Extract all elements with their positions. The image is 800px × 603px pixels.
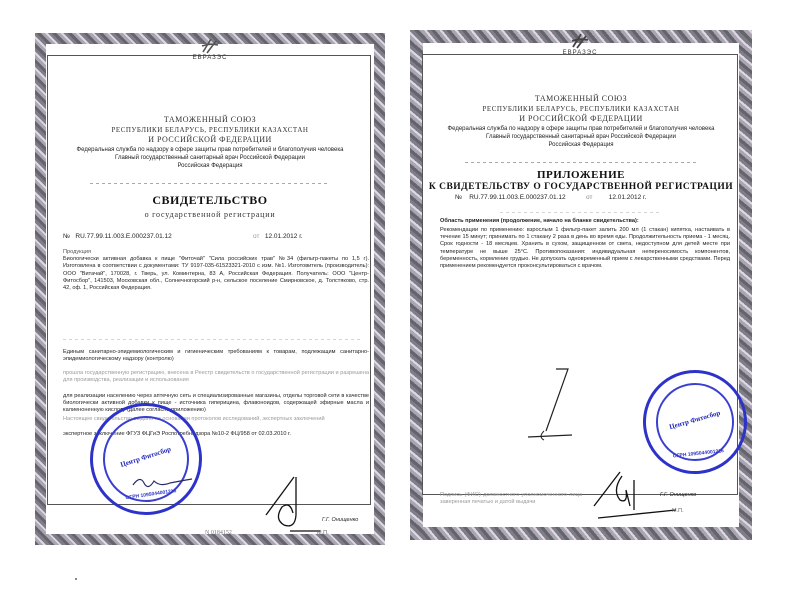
stamp-place-mark: М.П. xyxy=(672,508,684,514)
divider xyxy=(500,212,662,213)
header-republics: РЕСПУБЛИКИ БЕЛАРУСЬ, РЕСПУБЛИКИ КАЗАХСТА… xyxy=(410,104,752,114)
scope-text: Рекомендации по применению: взрослым 1 ф… xyxy=(440,227,730,270)
divider xyxy=(63,339,360,340)
conformity-text: Единым санитарно-эпидемиологическим и ги… xyxy=(63,349,369,363)
eurasec-emblem-icon xyxy=(569,32,591,50)
eurasec-logo: ЕВРАЗЭС xyxy=(185,37,235,61)
registration-text: прошла государственную регистрацию, внес… xyxy=(63,370,369,384)
date-prefix: от xyxy=(586,194,592,201)
scan-speck xyxy=(75,578,77,580)
stamp-signature xyxy=(130,473,200,493)
number-prefix: № xyxy=(63,233,70,240)
header-union: ТАМОЖЕННЫЙ СОЮЗ xyxy=(410,94,752,104)
form-serial-number: N 0184152 xyxy=(205,530,232,536)
certificate-date: 12.01.2012 г. xyxy=(609,194,647,201)
number-prefix: № xyxy=(455,194,462,201)
certificate-number-row: № RU.77.99.11.003.Е.000237.01.12 xyxy=(455,194,566,201)
header-agency: Федеральная служба по надзору в сфере за… xyxy=(410,125,752,133)
logo-caption: ЕВРАЗЭС xyxy=(193,55,228,61)
document-title: СВИДЕТЕЛЬСТВО xyxy=(35,193,385,208)
divider xyxy=(90,183,330,184)
divider xyxy=(465,162,697,163)
product-section: Продукция Биологически активная добавка … xyxy=(63,249,369,292)
scope-heading: Область применения (продолжение, начало … xyxy=(440,218,730,225)
document-subtitle: о государственной регистрации xyxy=(35,210,385,219)
certificate-appendix-document: ЕВРАЗЭС ТАМОЖЕННЫЙ СОЮЗ РЕСПУБЛИКИ БЕЛАР… xyxy=(410,30,752,540)
signatory-name: Г.Г. Онищенко xyxy=(322,517,358,523)
signatory-name: Г.Г. Онищенко xyxy=(660,492,696,498)
document-title: ПРИЛОЖЕНИЕ xyxy=(410,169,752,181)
logo-caption: ЕВРАЗЭС xyxy=(563,50,598,56)
usage-text: для реализации населению через аптечную … xyxy=(63,393,369,415)
document-subtitle: К СВИДЕТЕЛЬСТВУ О ГОСУДАРСТВЕННОЙ РЕГИСТ… xyxy=(410,182,752,192)
certificate-number-row: № RU.77.99.11.003.Е.000237.01.12 xyxy=(63,233,172,240)
certificate-date: 12.01.2012 г. xyxy=(265,233,303,240)
header-agency: Федеральная служба по надзору в сфере за… xyxy=(35,146,385,154)
header-country: Российская Федерация xyxy=(35,162,385,170)
stamp-place-mark: М.П. xyxy=(317,530,329,536)
header-federation: И РОССИЙСКОЙ ФЕДЕРАЦИИ xyxy=(35,135,385,145)
header-officer: Главный государственный санитарный врач … xyxy=(410,133,752,141)
z-cancel-mark xyxy=(522,365,582,445)
header-officer: Главный государственный санитарный врач … xyxy=(35,154,385,162)
eurasec-emblem-icon xyxy=(199,37,221,55)
product-text: Биологически активная добавка к пище "Фи… xyxy=(63,256,369,291)
date-prefix: от xyxy=(253,233,259,240)
certificate-document: ЕВРАЗЭС ТАМОЖЕННЫЙ СОЮЗ РЕСПУБЛИКИ БЕЛАР… xyxy=(35,33,385,545)
certificate-number: RU.77.99.11.003.Е.000237.01.12 xyxy=(469,194,565,201)
header-federation: И РОССИЙСКОЙ ФЕДЕРАЦИИ xyxy=(410,114,752,124)
footer-signature-caption: Подпись (ФИО) должностного уполномоченно… xyxy=(440,492,582,506)
certificate-number: RU.77.99.11.003.Е.000237.01.12 xyxy=(75,233,171,240)
certificate-date-row: от 12.01.2012 г. xyxy=(586,194,646,201)
header-union: ТАМОЖЕННЫЙ СОЮЗ xyxy=(35,115,385,125)
eurasec-logo: ЕВРАЗЭС xyxy=(555,32,605,56)
header-country: Российская Федерация xyxy=(410,141,752,149)
certificate-date-row: от 12.01.2012 г. xyxy=(253,233,303,240)
header-republics: РЕСПУБЛИКИ БЕЛАРУСЬ, РЕСПУБЛИКИ КАЗАХСТА… xyxy=(35,125,385,135)
